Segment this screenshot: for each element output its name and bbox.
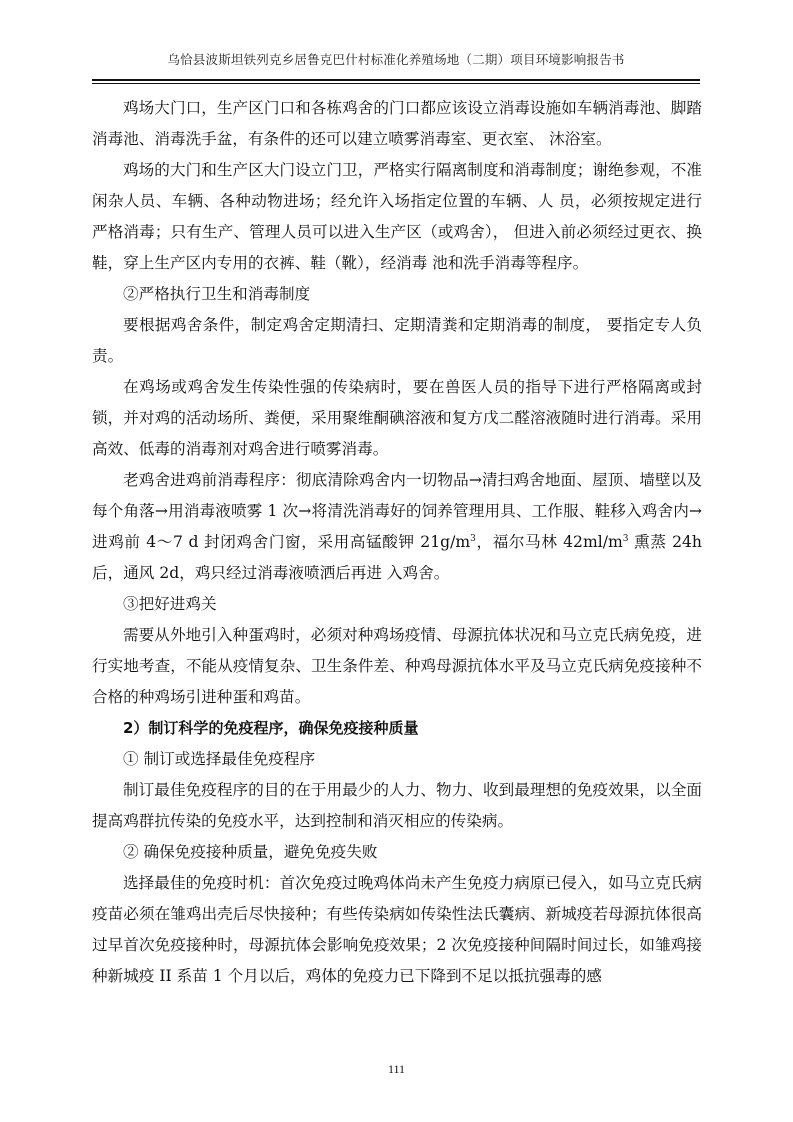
paragraph-cleaning-schedule: 要根据鸡舍条件，制定鸡舍定期清扫、定期清粪和定期消毒的制度， 要指定专人负责。	[92, 310, 702, 372]
paragraph-immunization-timing: 选择最佳的免疫时机：首次免疫过晚鸡体尚未产生免疫力病原已侵入，如马立克氏病疫苗必…	[92, 868, 702, 992]
document-body: 鸡场大门口，生产区门口和各栋鸡舍的门口都应该设立消毒设施如车辆消毒池、脚踏消毒池…	[92, 93, 702, 992]
header-rule	[92, 79, 700, 85]
section-heading-immunization: 2）制订科学的免疫程序，确保免疫接种质量	[92, 713, 702, 744]
subheading-hygiene-system: ②严格执行卫生和消毒制度	[92, 279, 702, 310]
subheading-select-program: ① 制订或选择最佳免疫程序	[92, 744, 702, 775]
paragraph-gate-control: 鸡场的大门和生产区大门设立门卫，严格实行隔离制度和消毒制度；谢绝参观，不准闲杂人…	[92, 155, 702, 279]
paragraph-pre-stocking-procedure: 老鸡舍进鸡前消毒程序：彻底清除鸡舍内一切物品→清扫鸡舍地面、屋顶、墙壁以及每个角…	[92, 465, 702, 589]
header-rule-thin	[92, 83, 700, 84]
paragraph-outbreak-response: 在鸡场或鸡舍发生传染性强的传染病时，要在兽医人员的指导下进行严格隔离或封锁，并对…	[92, 372, 702, 465]
subheading-ensure-quality: ② 确保免疫接种质量，避免免疫失败	[92, 837, 702, 868]
subheading-chick-intake: ③把好进鸡关	[92, 589, 702, 620]
paragraph-program-goal: 制订最佳免疫程序的目的在于用最少的人力、物力、收到最理想的免疫效果，以全面提高鸡…	[92, 775, 702, 837]
procedure-text-2: ，福尔马林 42ml/m	[476, 533, 623, 551]
paragraph-breeder-inspection: 需要从外地引入种蛋鸡时，必须对种鸡场疫情、母源抗体状况和马立克氏病免疫，进行实地…	[92, 620, 702, 713]
document-header: 乌恰县波斯坦铁列克乡居鲁克巴什村标准化养殖场地（二期）项目环境影响报告书	[92, 50, 700, 68]
header-rule-thick	[92, 79, 700, 81]
paragraph-disinfection-facilities: 鸡场大门口，生产区门口和各栋鸡舍的门口都应该设立消毒设施如车辆消毒池、脚踏消毒池…	[92, 93, 702, 155]
page-number: 111	[0, 1062, 793, 1077]
